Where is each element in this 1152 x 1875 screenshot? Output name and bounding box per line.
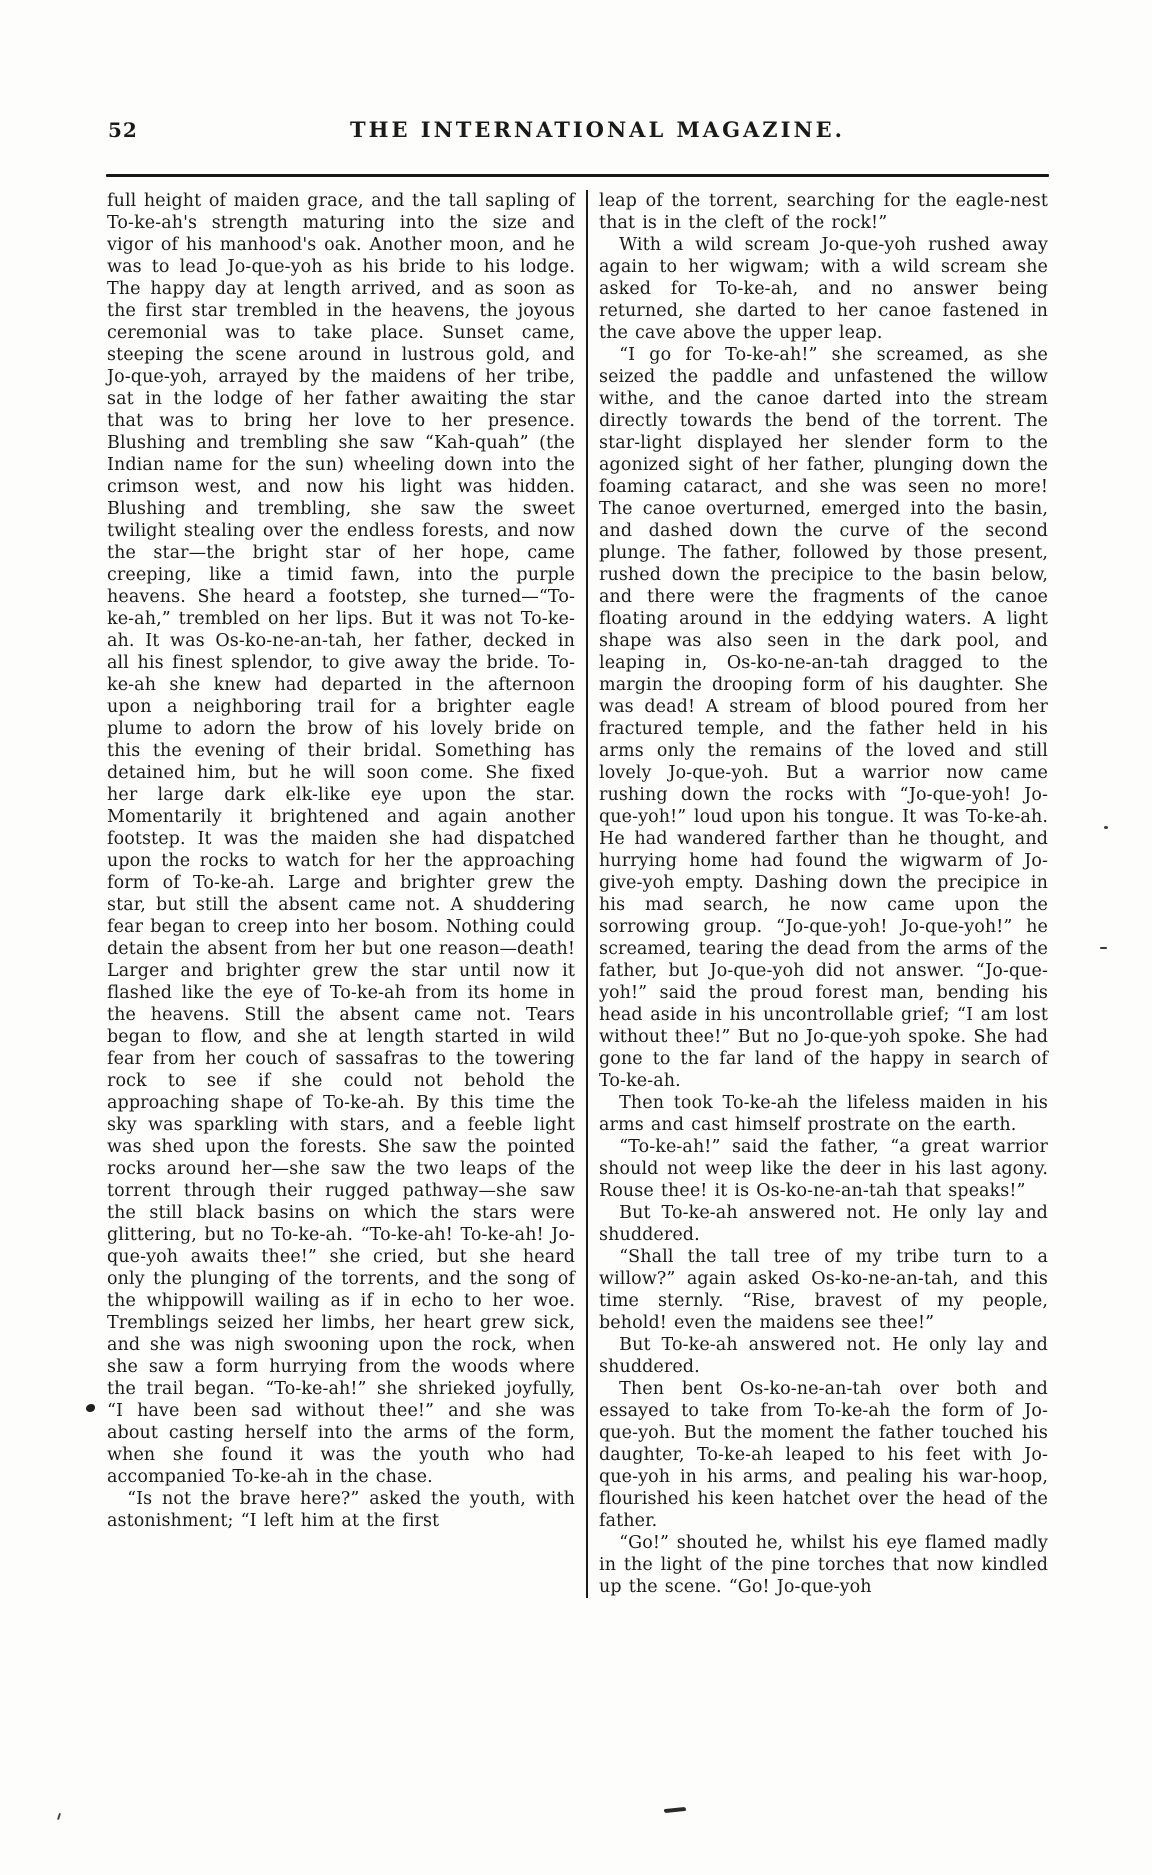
- ink-speck: [664, 1807, 686, 1813]
- ink-speck: [1100, 947, 1107, 949]
- right-column: leap of the torrent, searching for the e…: [599, 190, 1048, 1598]
- paragraph: “Shall the tall tree of my tribe turn to…: [599, 1246, 1048, 1334]
- paragraph: Then took To-ke-ah the lifeless maiden i…: [599, 1092, 1048, 1136]
- paragraph: But To-ke-ah answered not. He only lay a…: [599, 1202, 1048, 1246]
- paragraph: But To-ke-ah answered not. He only lay a…: [599, 1334, 1048, 1378]
- ink-speck: [1104, 826, 1108, 829]
- paragraph: Then bent Os-ko-ne-an-tah over both and …: [599, 1378, 1048, 1532]
- header-rule: [106, 174, 1049, 177]
- paragraph: “I go for To-ke-ah!” she screamed, as sh…: [599, 344, 1048, 1092]
- paragraph: With a wild scream Jo-que-yoh rushed awa…: [599, 234, 1048, 344]
- paragraph: full height of maiden grace, and the tal…: [107, 190, 575, 1488]
- ink-speck: [86, 1404, 95, 1412]
- paragraph: “Go!” shouted he, whilst his eye flamed …: [599, 1532, 1048, 1598]
- ink-speck: [57, 1813, 61, 1820]
- left-column: full height of maiden grace, and the tal…: [107, 190, 575, 1598]
- column-divider: [586, 190, 588, 1598]
- article-body: full height of maiden grace, and the tal…: [107, 190, 1048, 1598]
- paragraph: leap of the torrent, searching for the e…: [599, 190, 1048, 234]
- paragraph: “To-ke-ah!” said the father, “a great wa…: [599, 1136, 1048, 1202]
- magazine-title: THE INTERNATIONAL MAGAZINE.: [127, 117, 1068, 142]
- paragraph: “Is not the brave here?” asked the youth…: [107, 1488, 575, 1532]
